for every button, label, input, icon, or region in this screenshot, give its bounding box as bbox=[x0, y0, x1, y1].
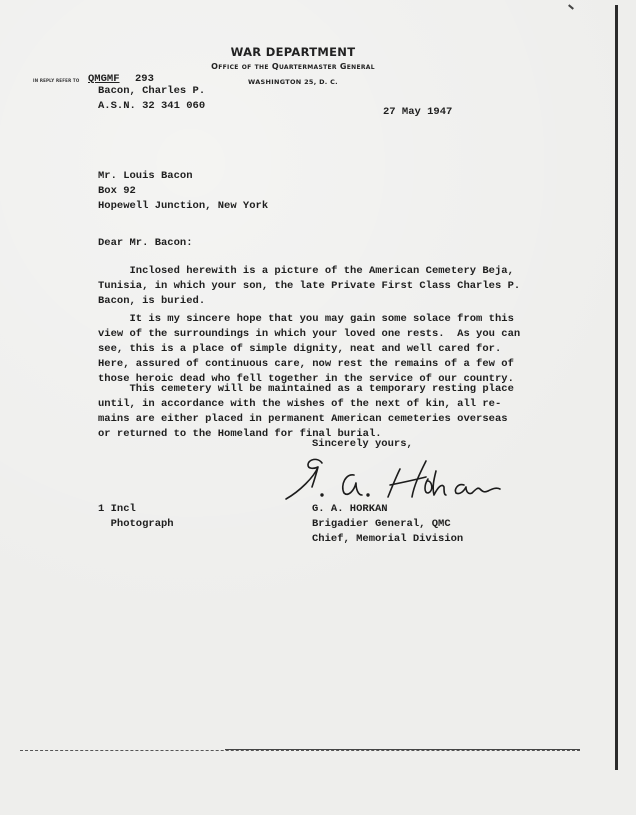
reference-subject: Bacon, Charles P. A.S.N. 32 341 060 bbox=[98, 84, 205, 114]
letterhead-office: Office of the Quartermaster General bbox=[0, 62, 586, 71]
reference-label: IN REPLY REFER TO bbox=[33, 78, 79, 83]
signer-block: G. A. HORKAN Brigadier General, QMC Chie… bbox=[312, 502, 463, 547]
letter-page: WAR DEPARTMENT Office of the Quartermast… bbox=[0, 0, 636, 815]
enclosure-note: 1 Incl Photograph bbox=[98, 502, 174, 532]
salutation: Dear Mr. Bacon: bbox=[98, 236, 193, 251]
letter-date: 27 May 1947 bbox=[383, 105, 452, 120]
page-edge-line bbox=[615, 5, 618, 770]
body-paragraph-2: It is my sincere hope that you may gain … bbox=[98, 312, 498, 387]
corner-mark bbox=[568, 4, 574, 9]
recipient-address: Mr. Louis Bacon Box 92 Hopewell Junction… bbox=[98, 169, 268, 214]
closing: Sincerely yours, bbox=[312, 437, 413, 452]
letterhead-title: WAR DEPARTMENT bbox=[0, 45, 586, 59]
bottom-rule-solid bbox=[225, 749, 580, 750]
body-paragraph-3: This cemetery will be maintained as a te… bbox=[98, 382, 498, 442]
bottom-rule bbox=[20, 750, 580, 751]
signature-image: G. A. Horkan bbox=[278, 455, 508, 503]
body-paragraph-1: Inclosed herewith is a picture of the Am… bbox=[98, 264, 498, 309]
